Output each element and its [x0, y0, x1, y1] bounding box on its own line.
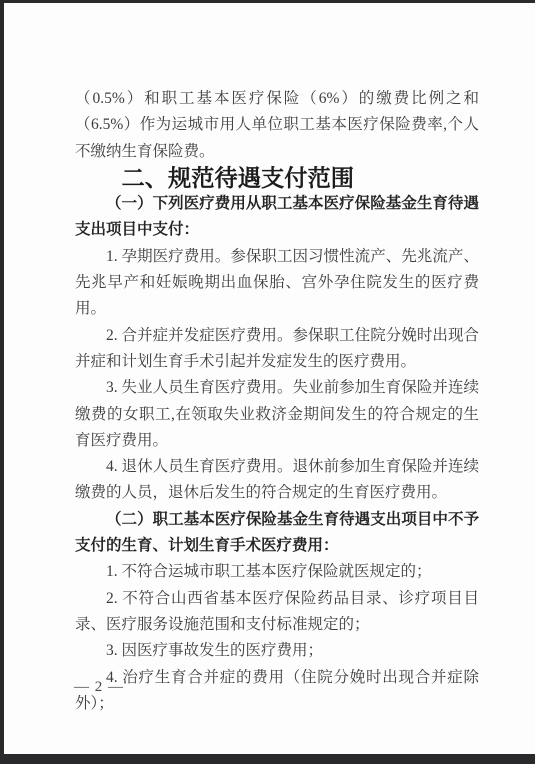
scanned-document-page: （0.5%）和职工基本医疗保险（6%）的缴费比例之和（6.5%）作为运城市用人单… — [0, 0, 535, 764]
list-item: 4. 治疗生育合并症的费用（住院分娩时出现合并症除外）； — [75, 665, 479, 718]
scan-edge-top — [0, 0, 535, 3]
list-item: 3. 失业人员生育医疗费用。失业前参加生育保险并连续缴费的女职工,在领取失业救济… — [75, 375, 479, 454]
list-item: 1. 孕期医疗费用。参保职工因习惯性流产、先兆流产、先兆早产和妊娠晚期出血保胎、… — [75, 244, 479, 323]
page-number: — 2 — — [74, 679, 124, 696]
list-item: 1. 不符合运城市职工基本医疗保险就医规定的； — [75, 559, 479, 585]
scan-edge-left — [0, 0, 4, 764]
clause-heading-2: （二）职工基本医疗保险基金生育待遇支出项目中不予支付的生育、计划生育手术医疗费用… — [75, 507, 479, 560]
list-item: 2. 合并症并发症医疗费用。参保职工住院分娩时出现合并症和计划生育手术引起并发症… — [75, 323, 479, 376]
section-heading: 二、规范待遇支付范围 — [75, 165, 479, 191]
paragraph-continued: （0.5%）和职工基本医疗保险（6%）的缴费比例之和（6.5%）作为运城市用人单… — [75, 86, 479, 165]
list-item: 3. 因医疗事故发生的医疗费用； — [75, 638, 479, 664]
list-item: 2. 不符合山西省基本医疗保险药品目录、诊疗项目目录、医疗服务设施范围和支付标准… — [75, 586, 479, 639]
list-item: 4. 退休人员生育医疗费用。退休前参加生育保险并连续缴费的人员，退休后发生的符合… — [75, 454, 479, 507]
document-body: （0.5%）和职工基本医疗保险（6%）的缴费比例之和（6.5%）作为运城市用人单… — [75, 86, 479, 717]
scan-edge-bottom — [0, 754, 535, 764]
clause-heading-1: （一）下列医疗费用从职工基本医疗保险基金生育待遇支出项目中支付： — [75, 191, 479, 244]
